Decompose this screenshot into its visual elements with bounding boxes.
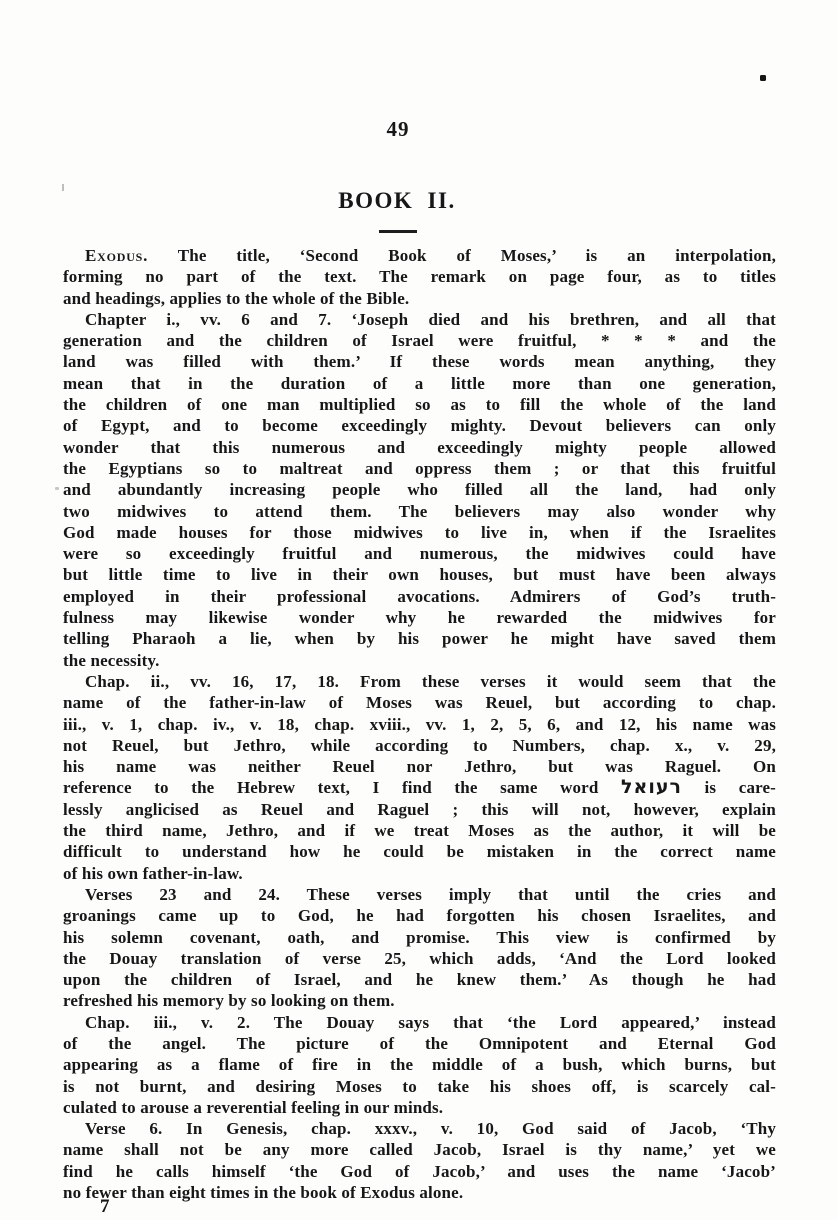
- text-line: the children of one man multiplied so as…: [63, 394, 776, 415]
- text-segment: reference to the Hebrew text, I find the…: [63, 778, 621, 797]
- text-line: is not burnt, and desiring Moses to take…: [63, 1076, 776, 1097]
- text-line: the necessity.: [63, 650, 776, 671]
- text-line: but little time to live in their own hou…: [63, 564, 776, 585]
- text-line: land was filled with them.’ If these wor…: [63, 351, 776, 372]
- paragraph: Exodus. The title, ‘Second Book of Moses…: [63, 245, 776, 309]
- text-line: name shall not be any more called Jacob,…: [63, 1139, 776, 1160]
- book-page-scan: 49 BOOK II. Exodus. The title, ‘Second B…: [0, 0, 838, 1220]
- smallcaps-word: Exodus.: [85, 246, 148, 265]
- text-line: refreshed his memory by so looking on th…: [63, 990, 776, 1011]
- text-line: reference to the Hebrew text, I find the…: [63, 777, 776, 798]
- text-line: Verses 23 and 24. These verses imply tha…: [63, 884, 776, 905]
- text-line: Chap. iii., v. 2. The Douay says that ‘t…: [63, 1012, 776, 1033]
- page-number: 49: [348, 117, 448, 142]
- text-line: difficult to understand how he could be …: [63, 841, 776, 862]
- text-line: fulness may likewise wonder why he rewar…: [63, 607, 776, 628]
- paragraph: Chapter i., vv. 6 and 7. ‘Joseph died an…: [63, 309, 776, 671]
- heading-rule: [379, 230, 417, 233]
- text-line: Exodus. The title, ‘Second Book of Moses…: [63, 245, 776, 266]
- text-line: find he calls himself ‘the God of Jacob,…: [63, 1161, 776, 1182]
- paragraph: Verses 23 and 24. These verses imply tha…: [63, 884, 776, 1012]
- text-line: two midwives to attend them. The believe…: [63, 501, 776, 522]
- text-line: and headings, applies to the whole of th…: [63, 288, 776, 309]
- text-line: Verse 6. In Genesis, chap. xxxv., v. 10,…: [63, 1118, 776, 1139]
- text-line: culated to arouse a reverential feeling …: [63, 1097, 776, 1118]
- text-line: telling Pharaoh a lie, when by his power…: [63, 628, 776, 649]
- paragraph: Chap. iii., v. 2. The Douay says that ‘t…: [63, 1012, 776, 1118]
- text-line: the third name, Jethro, and if we treat …: [63, 820, 776, 841]
- text-line: were so exceedingly fruitful and numerou…: [63, 543, 776, 564]
- text-line: iii., v. 1, chap. iv., v. 18, chap. xvii…: [63, 714, 776, 735]
- text-line: his name was neither Reuel nor Jethro, b…: [63, 756, 776, 777]
- signature-mark: 7: [100, 1196, 110, 1218]
- text-line: of Egypt, and to become exceedingly migh…: [63, 415, 776, 436]
- text-segment: The title, ‘Second Book of Moses,’ is an…: [148, 246, 776, 265]
- text-line: of his own father-in-law.: [63, 863, 776, 884]
- text-line: Chap. ii., vv. 16, 17, 18. From these ve…: [63, 671, 776, 692]
- text-line: Chapter i., vv. 6 and 7. ‘Joseph died an…: [63, 309, 776, 330]
- paragraph: Verse 6. In Genesis, chap. xxxv., v. 10,…: [63, 1118, 776, 1203]
- text-line: the Douay translation of verse 25, which…: [63, 948, 776, 969]
- text-line: employed in their professional avocation…: [63, 586, 776, 607]
- ink-speck-left-margin: [62, 184, 64, 191]
- text-line: no fewer than eight times in the book of…: [63, 1182, 776, 1203]
- text-line: groanings came up to God, he had forgott…: [63, 905, 776, 926]
- text-line: wonder that this numerous and exceedingl…: [63, 437, 776, 458]
- text-line: God made houses for those midwives to li…: [63, 522, 776, 543]
- text-line: and abundantly increasing people who fil…: [63, 479, 776, 500]
- text-line: the Egyptians so to maltreat and oppress…: [63, 458, 776, 479]
- text-segment: is care-: [682, 778, 776, 797]
- text-line: forming no part of the text. The remark …: [63, 266, 776, 287]
- text-line: mean that in the duration of a little mo…: [63, 373, 776, 394]
- text-line: not Reuel, but Jethro, while according t…: [63, 735, 776, 756]
- hebrew-word: רעואל: [621, 777, 682, 798]
- ink-speck-left-margin-2: [55, 487, 59, 490]
- text-line: upon the children of Israel, and he knew…: [63, 969, 776, 990]
- text-line: his solemn covenant, oath, and promise. …: [63, 927, 776, 948]
- book-heading: BOOK II.: [247, 188, 547, 214]
- text-line: lessly anglicised as Reuel and Raguel ; …: [63, 799, 776, 820]
- body-text: Exodus. The title, ‘Second Book of Moses…: [63, 245, 776, 1203]
- text-line: generation and the children of Israel we…: [63, 330, 776, 351]
- text-line: of the angel. The picture of the Omnipot…: [63, 1033, 776, 1054]
- text-line: appearing as a flame of fire in the midd…: [63, 1054, 776, 1075]
- paragraph: Chap. ii., vv. 16, 17, 18. From these ve…: [63, 671, 776, 884]
- text-line: name of the father-in-law of Moses was R…: [63, 692, 776, 713]
- ink-speck-top-right: [760, 75, 766, 81]
